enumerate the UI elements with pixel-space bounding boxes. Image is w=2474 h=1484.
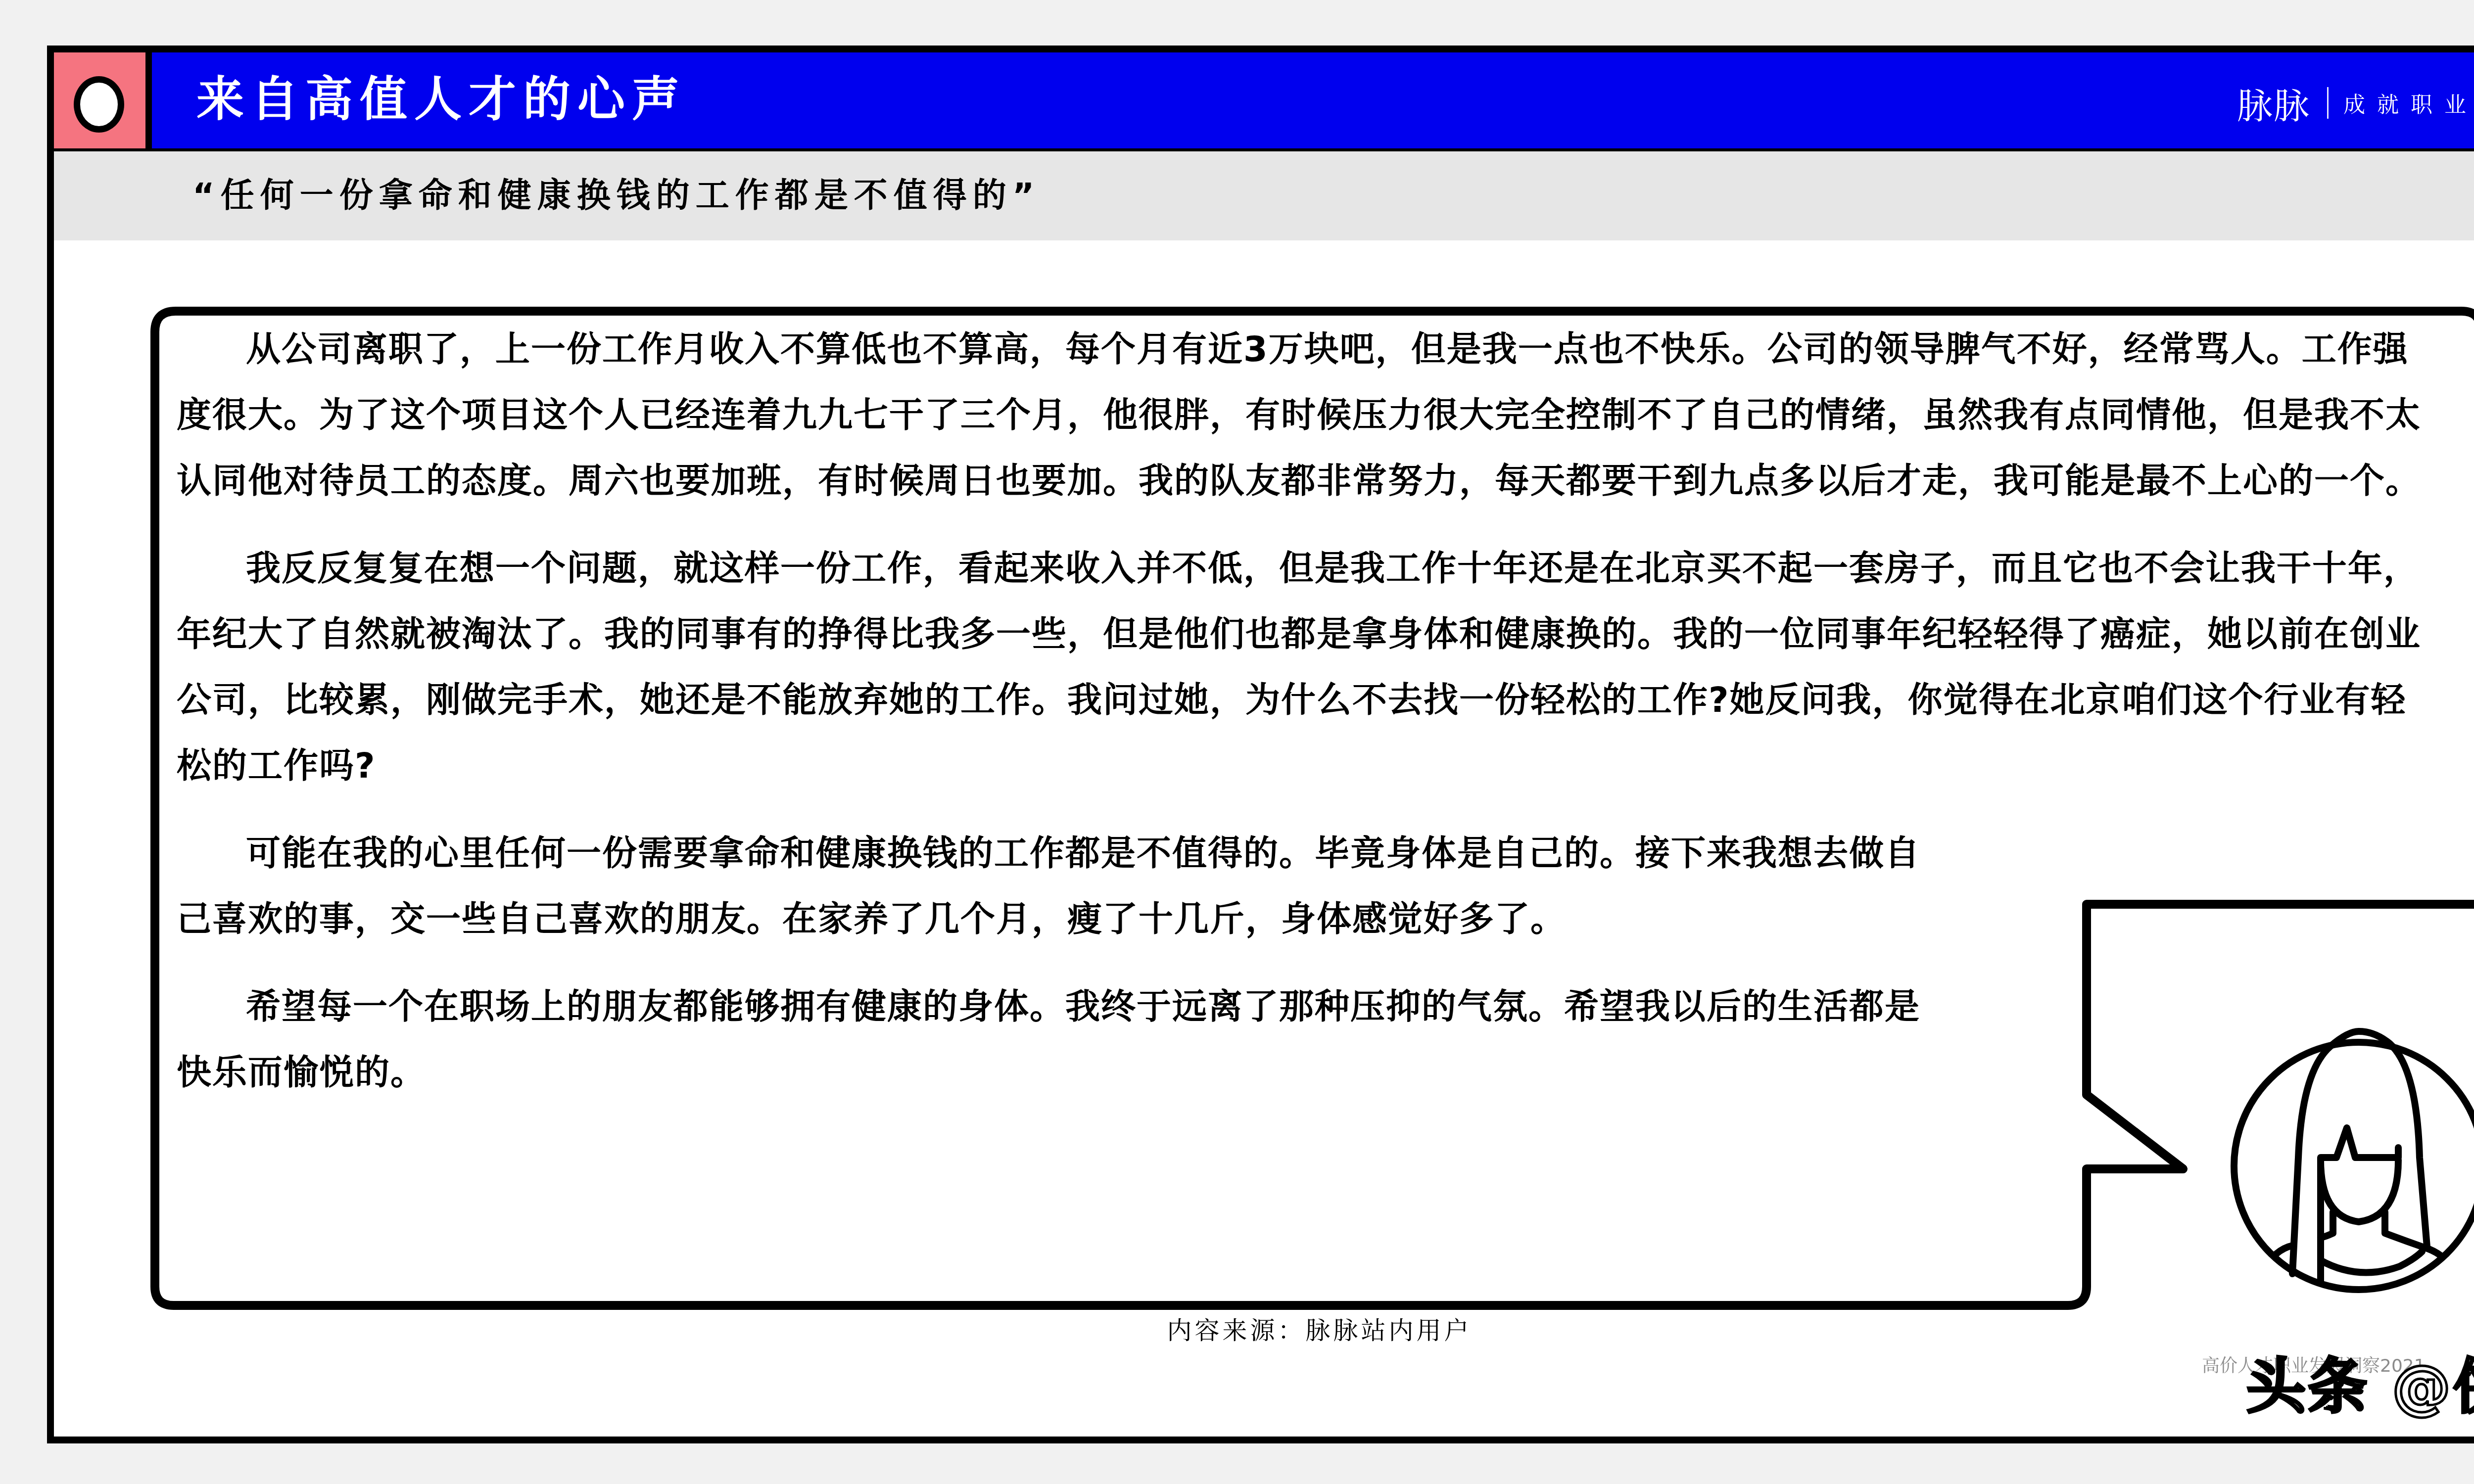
- paragraph: 从公司离职了，上一份工作月收入不算低也不算高，每个月有近3万块吧，但是我一点也不…: [177, 317, 2433, 514]
- paragraph: 希望每一个在职场上的朋友都能够拥有健康的身体。我终于远离了那种压抑的气氛。希望我…: [177, 974, 1948, 1106]
- paragraph: 可能在我的心里任何一份需要拿命和健康换钱的工作都是不值得的。毕竟身体是自己的。接…: [177, 821, 1948, 952]
- watermark: 头条 @侠说: [2246, 1355, 2474, 1420]
- content-source: 内容来源：脉脉站内用户: [0, 1311, 2474, 1346]
- testimonial-text: 从公司离职了，上一份工作月收入不算低也不算高，每个月有近3万块吧，但是我一点也不…: [177, 317, 2433, 1127]
- paragraph: 我反反复复在想一个问题，就这样一份工作，看起来收入并不低，但是我工作十年还是在北…: [177, 536, 2433, 799]
